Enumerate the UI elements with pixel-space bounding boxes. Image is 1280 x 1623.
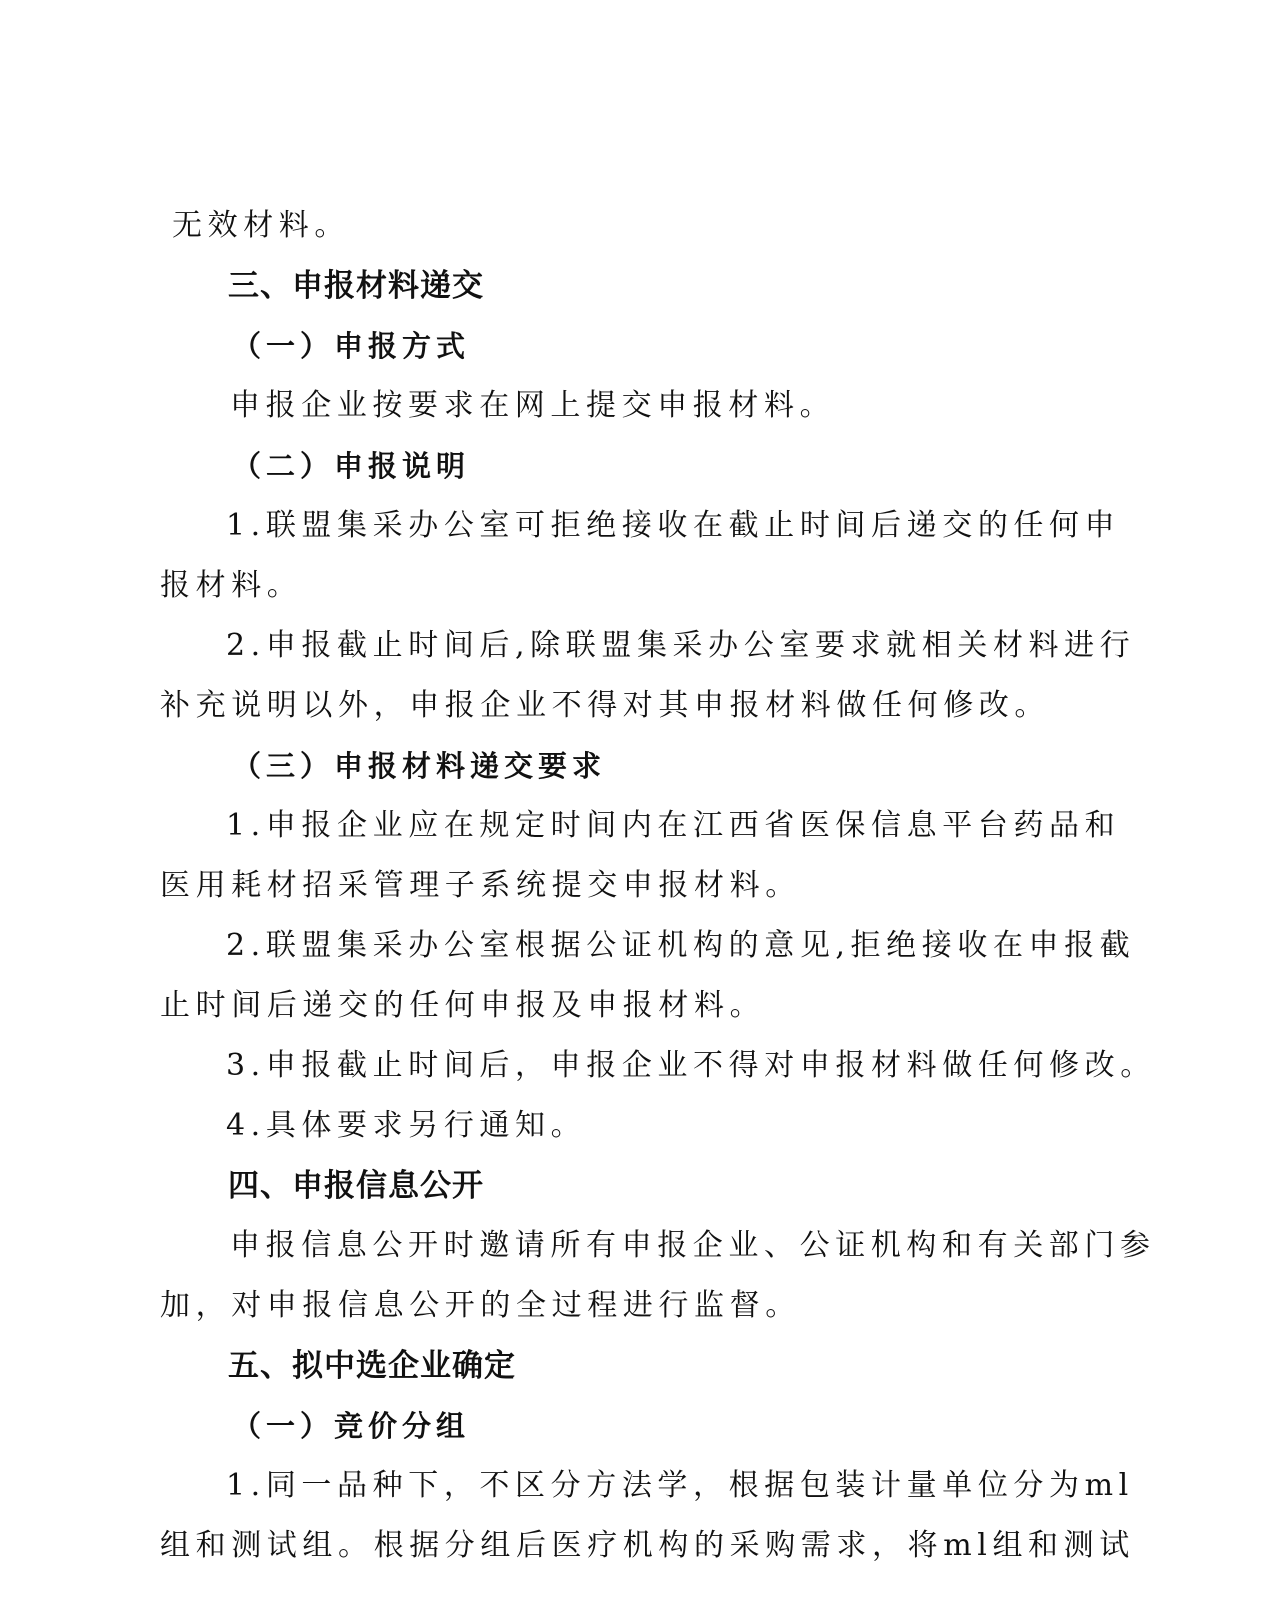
subsection-heading-submission-method: （一）申报方式: [232, 326, 470, 366]
paragraph-line: 1.同一品种下，不区分方法学，根据包装计量单位分为ml: [226, 1466, 1134, 1506]
section-heading-3: 三、申报材料递交: [228, 266, 484, 306]
subsection-heading-submission-requirements: （三）申报材料递交要求: [232, 746, 606, 786]
section-heading-5: 五、拟中选企业确定: [228, 1346, 516, 1386]
paragraph-line: 报材料。: [160, 566, 302, 606]
paragraph-line: 补充说明以外，申报企业不得对其申报材料做任何修改。: [160, 686, 1050, 726]
paragraph-line: 1.申报企业应在规定时间内在江西省医保信息平台药品和: [226, 806, 1120, 846]
subsection-heading-submission-notes: （二）申报说明: [232, 446, 470, 486]
paragraph-line: 4.具体要求另行通知。: [226, 1106, 586, 1146]
paragraph-line: 止时间后递交的任何申报及申报材料。: [160, 986, 765, 1026]
paragraph-line: 加，对申报信息公开的全过程进行监督。: [160, 1286, 801, 1326]
paragraph-line: 3.申报截止时间后，申报企业不得对申报材料做任何修改。: [226, 1046, 1156, 1086]
section-heading-4: 四、申报信息公开: [228, 1166, 484, 1206]
paragraph-line: 组和测试组。根据分组后医疗机构的采购需求，将ml组和测试: [160, 1526, 1135, 1566]
paragraph-line: 申报信息公开时邀请所有申报企业、公证机构和有关部门参: [230, 1226, 1156, 1266]
paragraph-line: 2.申报截止时间后,除联盟集采办公室要求就相关材料进行: [226, 626, 1135, 666]
paragraph-line: 2.联盟集采办公室根据公证机构的意见,拒绝接收在申报截: [226, 926, 1135, 966]
paragraph-line: 医用耗材招采管理子系统提交申报材料。: [160, 866, 801, 906]
paragraph-line: 申报企业按要求在网上提交申报材料。: [230, 386, 835, 426]
subsection-heading-bidding-groups: （一）竞价分组: [232, 1406, 470, 1446]
paragraph-line: 1.联盟集采办公室可拒绝接收在截止时间后递交的任何申: [226, 506, 1120, 546]
paragraph-line: 无效材料。: [172, 206, 350, 246]
document-page: 无效材料。 三、申报材料递交 （一）申报方式 申报企业按要求在网上提交申报材料。…: [0, 0, 1280, 1623]
